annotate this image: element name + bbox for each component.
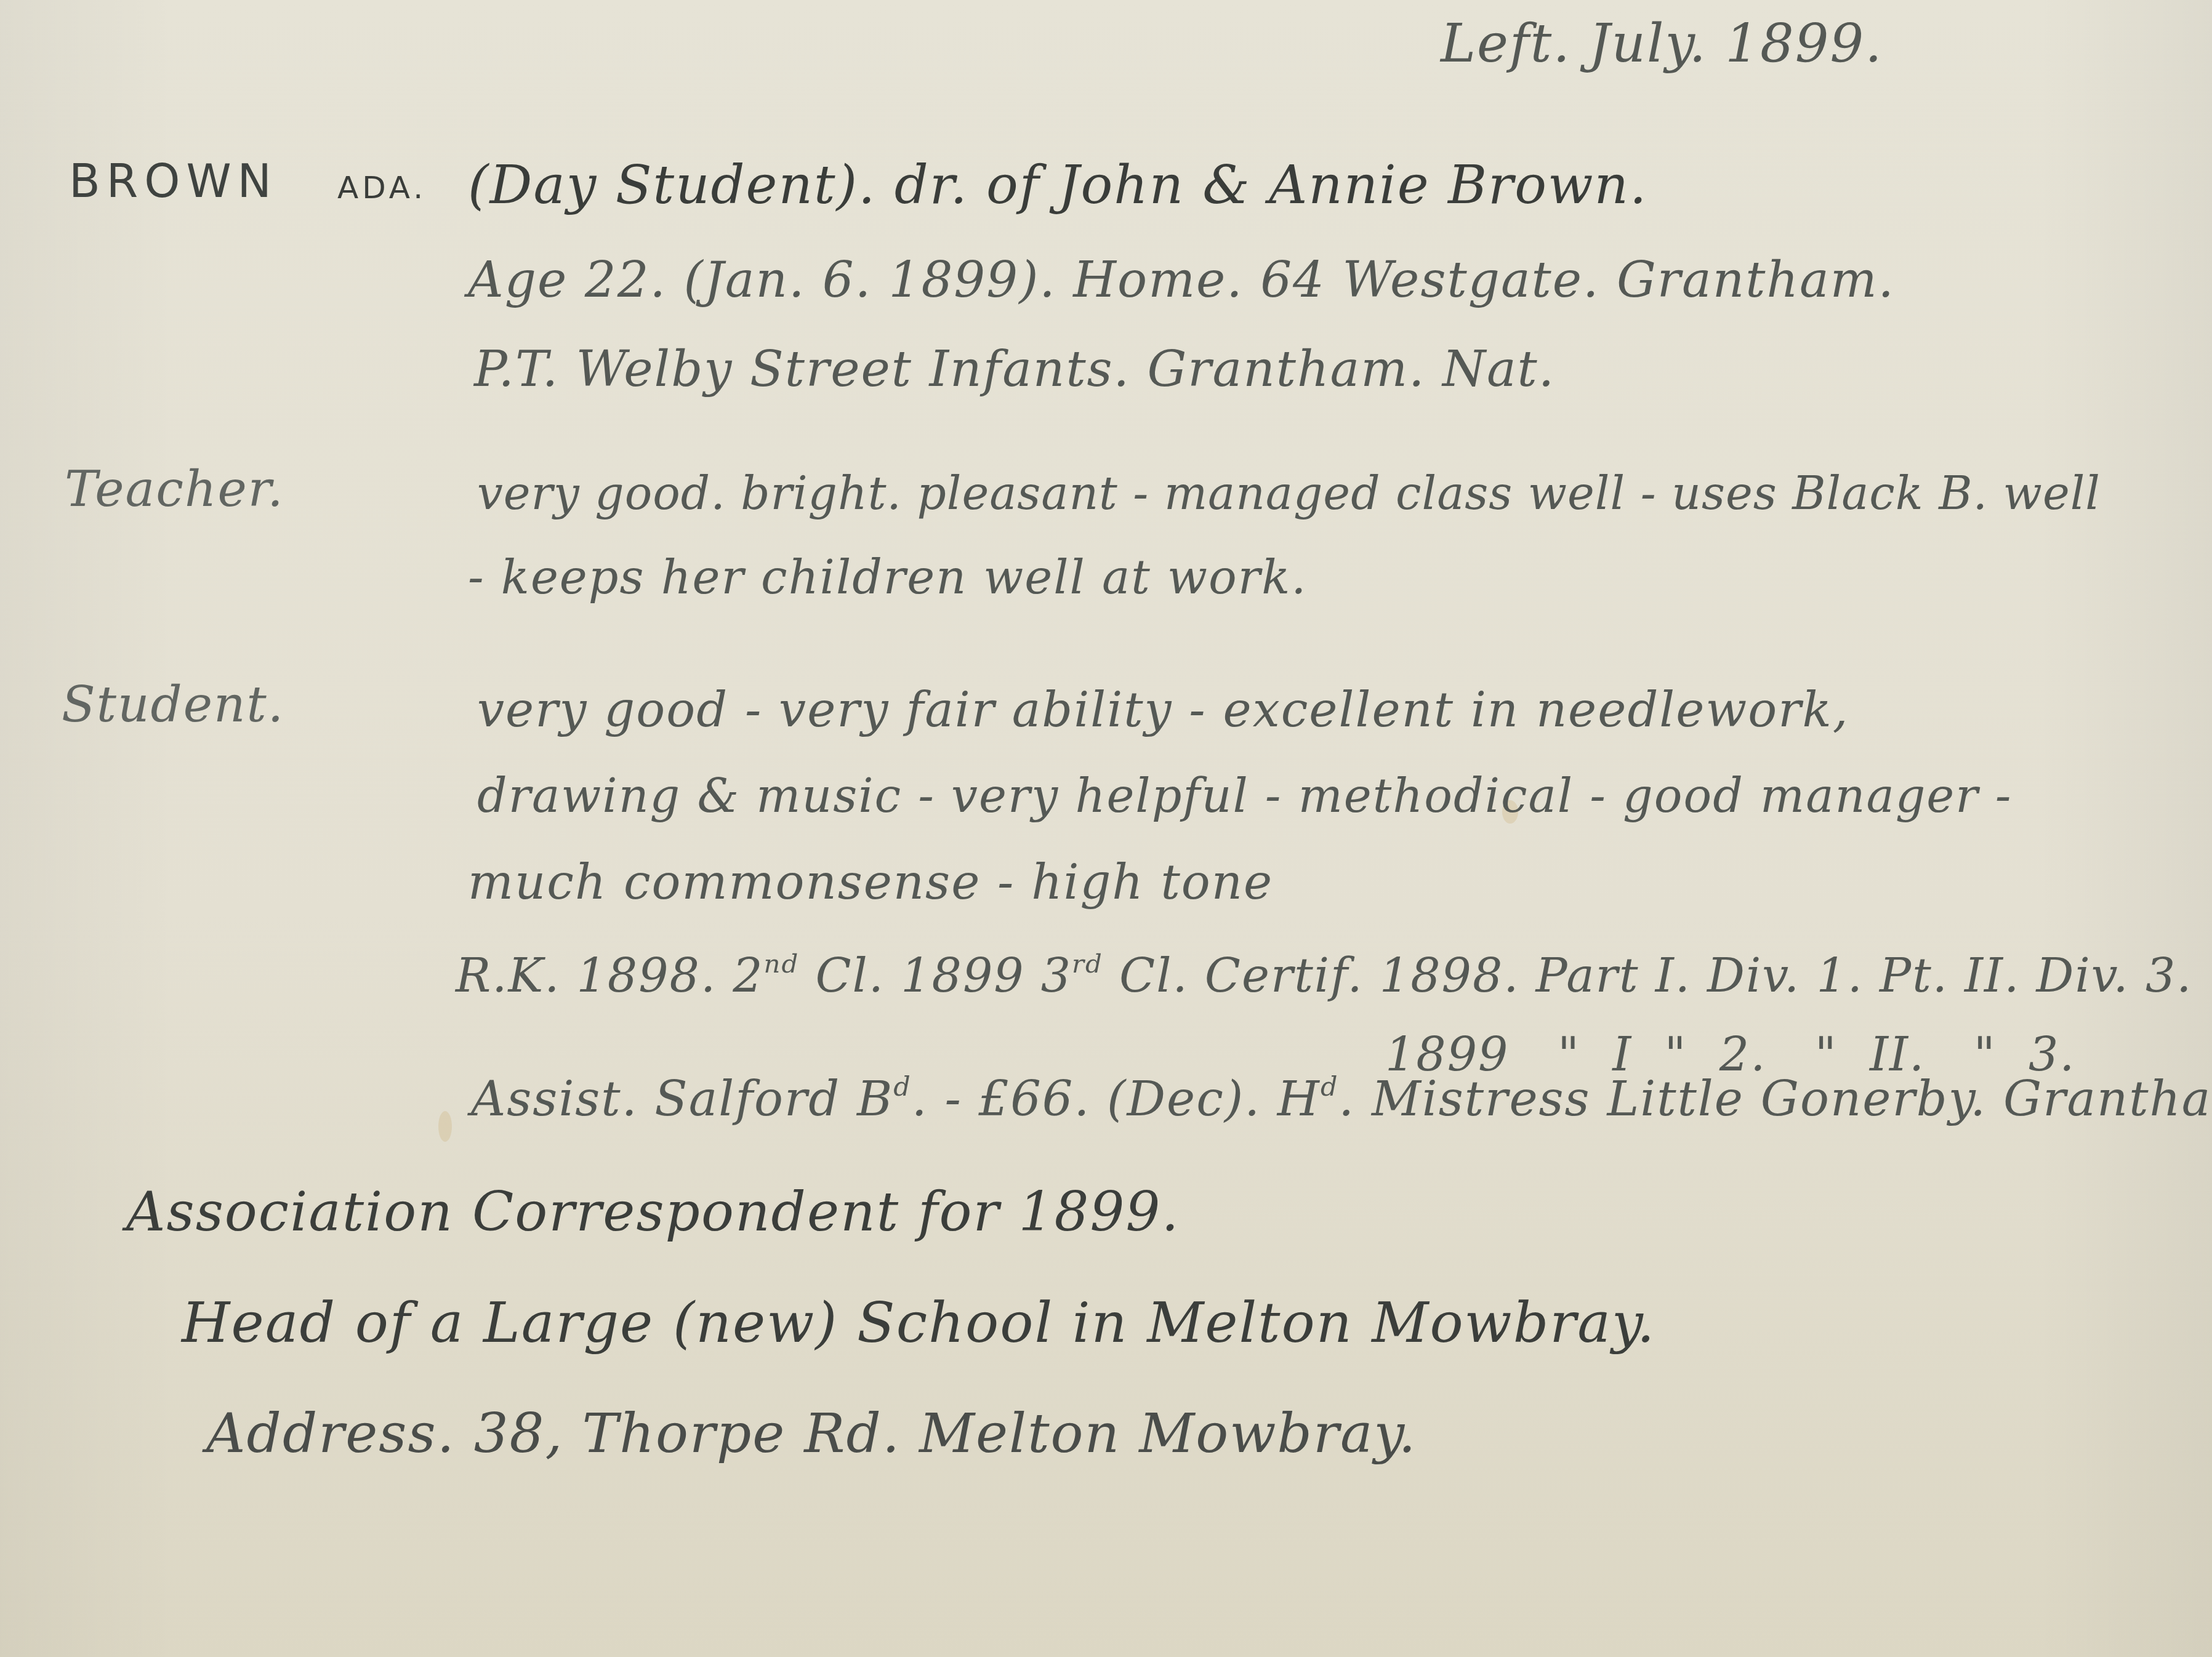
teacher-label: Teacher. [65, 465, 284, 514]
certificate-1899-line: 1899 " I " 2. " II. " 3. [1385, 1031, 2076, 1078]
paper-stain [438, 1111, 452, 1142]
appointment-middle: . - £66. (Dec). H [912, 1072, 1321, 1127]
student-remark-line: much commonsense - high tone [468, 859, 1273, 907]
appointment-suffix: . Mistress Little Gonerby. Grantham. [1338, 1072, 2212, 1127]
appointment-line: Assist. Salford Bd. - £66. (Dec). Hd. Mi… [471, 1074, 2212, 1123]
register-page: Left. July. 1899. BROWN ADA. (Day Studen… [0, 0, 2212, 1657]
student-remark-line: drawing & music - very helpful - methodi… [477, 772, 2013, 819]
teacher-remark-line: - keeps her children well at work. [468, 554, 1307, 601]
appointment-middle-sup: d [1321, 1072, 1338, 1102]
exam-results-line: R.K. 1898. 2nd Cl. 1899 3rd Cl. Certif. … [456, 951, 2192, 999]
left-date: Left. July. 1899. [1441, 17, 1883, 70]
rk-suffix: Cl. Certif. 1898. Part I. Div. 1. Pt. II… [1103, 948, 2193, 1003]
forename: ADA. [337, 172, 427, 203]
later-note-head-school: Head of a Large (new) School in Melton M… [182, 1296, 1655, 1351]
detail-line-age-home: Age 22. (Jan. 6. 1899). Home. 64 Westgat… [468, 255, 1895, 305]
detail-line-pupil-teacher: P.T. Welby Street Infants. Grantham. Nat… [474, 345, 1555, 394]
student-remark-line: very good - very fair ability - excellen… [477, 686, 1849, 734]
rk-prefix-sup: nd [764, 949, 800, 979]
later-note-address: Address. 38, Thorpe Rd. Melton Mowbray. [206, 1406, 1417, 1461]
appointment-prefix: Assist. Salford B [471, 1072, 893, 1127]
rk-mid-sup: rd [1072, 949, 1103, 979]
student-label: Student. [62, 680, 284, 729]
rk-prefix: R.K. 1898. 2 [456, 948, 764, 1003]
teacher-remark-line: very good. bright. pleasant - managed cl… [477, 471, 2101, 516]
surname: BROWN [69, 159, 278, 204]
detail-line-parents: (Day Student). dr. of John & Annie Brown… [468, 159, 1647, 212]
later-note-association: Association Correspondent for 1899. [126, 1185, 1180, 1239]
rk-mid: Cl. 1899 3 [799, 948, 1072, 1003]
appointment-prefix-sup: d [893, 1072, 911, 1102]
